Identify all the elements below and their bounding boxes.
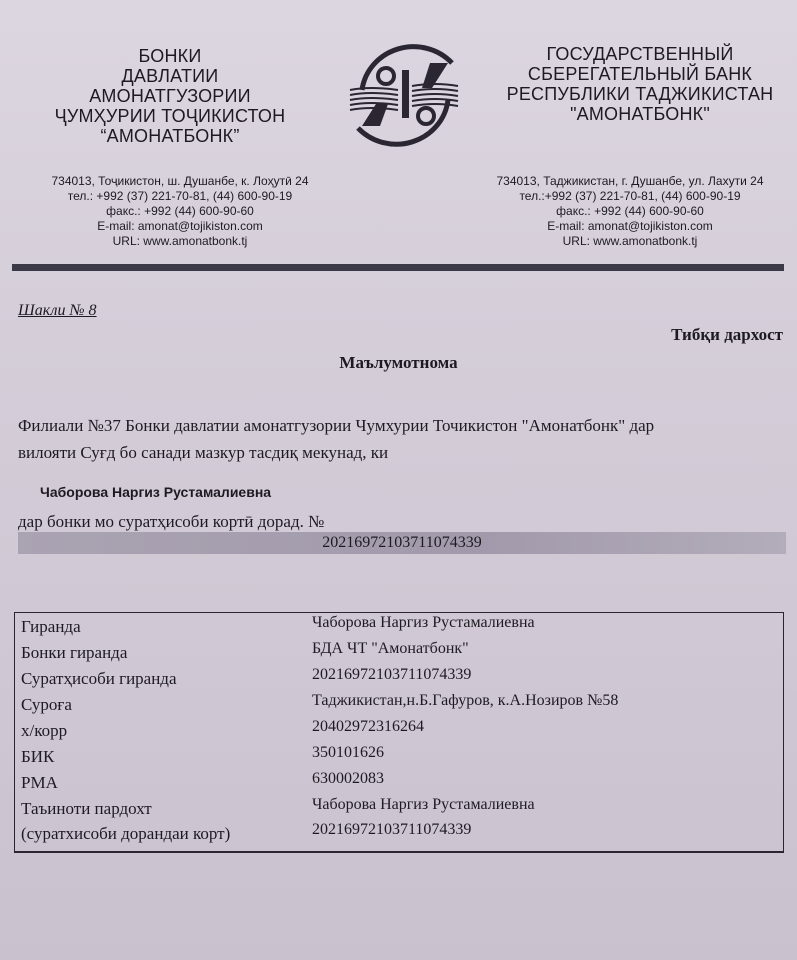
- row-value: 20216972103711074339: [312, 821, 471, 839]
- document-title: Маълумотнома: [0, 353, 797, 373]
- details-row: Суратҳисоби гиранда 20216972103711074339: [15, 669, 783, 694]
- row-value: 630002083: [312, 770, 384, 788]
- phone: тел.: +992 (37) 221-70-81, (44) 600-90-1…: [30, 189, 330, 204]
- title-line: ҶУМҲУРИИ ТОҶИКИСТОН: [40, 106, 300, 126]
- form-number: Шакли № 8: [18, 302, 97, 320]
- details-row: (суратхисоби дорандаи корт) 202169721037…: [15, 824, 783, 849]
- phone: тел.:+992 (37) 221-70-81, (44) 600-90-19: [460, 189, 797, 204]
- row-value: Чаборова Наргиз Рустамалиевна: [312, 614, 535, 632]
- row-value: 350101626: [312, 744, 384, 762]
- title-line: СБЕРЕГАТЕЛЬНЫЙ БАНК: [480, 64, 797, 84]
- account-statement: дар бонки мо суратҳисоби кортӣ дорад. №: [18, 512, 324, 532]
- letterhead-tajik: БОНКИ ДАВЛАТИИ АМОНАТГУЗОРИИ ҶУМҲУРИИ ТО…: [40, 46, 300, 146]
- title-line: БОНКИ: [40, 46, 300, 66]
- details-row: Бонки гиранда БДА ЧТ "Амонатбонк": [15, 643, 783, 668]
- title-line: "АМОНАТБОНК": [480, 104, 797, 124]
- fax: факс.: +992 (44) 600-90-60: [30, 204, 330, 219]
- row-label: РМА: [21, 773, 58, 793]
- details-row: РМА 630002083: [15, 773, 783, 798]
- account-number-bar: 20216972103711074339: [18, 532, 786, 554]
- row-label: БИК: [21, 747, 54, 767]
- details-row: БИК 350101626: [15, 747, 783, 772]
- row-value: БДА ЧТ "Амонатбонк": [312, 640, 469, 658]
- row-label: Гиранда: [21, 617, 81, 637]
- header-divider: [12, 264, 784, 271]
- contact-info-russian: 734013, Таджикистан, г. Душанбе, ул. Лах…: [460, 174, 797, 249]
- paragraph-line: Филиали №37 Бонки давлатии амонатгузории…: [18, 412, 793, 439]
- details-row: Суроға Таджикистан,н.Б.Гафуров, к.А.Нози…: [15, 695, 783, 720]
- row-label: Суроға: [21, 695, 72, 715]
- bank-name-tajik: БОНКИ ДАВЛАТИИ АМОНАТГУЗОРИИ ҶУМҲУРИИ ТО…: [40, 46, 300, 146]
- url: URL: www.amonatbonk.tj: [30, 234, 330, 249]
- title-line: ГОСУДАРСТВЕННЫЙ: [480, 44, 797, 64]
- title-line: “АМОНАТБОНК”: [40, 126, 300, 146]
- title-line: РЕСПУБЛИКИ ТАДЖИКИСТАН: [480, 84, 797, 104]
- address: 734013, Таджикистан, г. Душанбе, ул. Лах…: [460, 174, 797, 189]
- row-value: Чаборова Наргиз Рустамалиевна: [312, 796, 535, 814]
- payment-details-table: Гиранда Чаборова Наргиз Рустамалиевна Бо…: [14, 612, 784, 853]
- email: E-mail: amonat@tojikiston.com: [30, 219, 330, 234]
- contact-info-tajik: 734013, Тоҷикистон, ш. Душанбе, к. Лоҳут…: [30, 174, 330, 249]
- amonatbonk-logo-icon: [340, 38, 470, 153]
- title-line: ДАВЛАТИИ АМОНАТГУЗОРИИ: [40, 66, 300, 106]
- letterhead-russian: ГОСУДАРСТВЕННЫЙ СБЕРЕГАТЕЛЬНЫЙ БАНК РЕСП…: [480, 44, 797, 124]
- account-holder-name: Чаборова Наргиз Рустамалиевна: [40, 484, 271, 500]
- account-number: 20216972103711074339: [18, 534, 786, 552]
- row-label: Суратҳисоби гиранда: [21, 669, 177, 689]
- row-value: 20402972316264: [312, 718, 424, 736]
- details-row: Гиранда Чаборова Наргиз Рустамалиевна: [15, 617, 783, 642]
- row-label: Таъиноти пардохт: [21, 799, 152, 819]
- address: 734013, Тоҷикистон, ш. Душанбе, к. Лоҳут…: [30, 174, 330, 189]
- certification-paragraph: Филиали №37 Бонки давлатии амонатгузории…: [18, 412, 793, 466]
- row-label: х/корр: [21, 721, 67, 741]
- row-label: Бонки гиранда: [21, 643, 127, 663]
- paragraph-line: вилояти Суғд бо санади мазкур тасдиқ мек…: [18, 439, 793, 466]
- form-type: Тибқи дархост: [671, 325, 783, 345]
- email: E-mail: amonat@tojikiston.com: [460, 219, 797, 234]
- details-row: х/корр 20402972316264: [15, 721, 783, 746]
- row-value: 20216972103711074339: [312, 666, 471, 684]
- row-label: (суратхисоби дорандаи корт): [21, 824, 230, 844]
- url: URL: www.amonatbonk.tj: [460, 234, 797, 249]
- row-value: Таджикистан,н.Б.Гафуров, к.А.Нозиров №58: [312, 692, 618, 710]
- bank-name-russian: ГОСУДАРСТВЕННЫЙ СБЕРЕГАТЕЛЬНЫЙ БАНК РЕСП…: [480, 44, 797, 124]
- fax: факс.: +992 (44) 600-90-60: [460, 204, 797, 219]
